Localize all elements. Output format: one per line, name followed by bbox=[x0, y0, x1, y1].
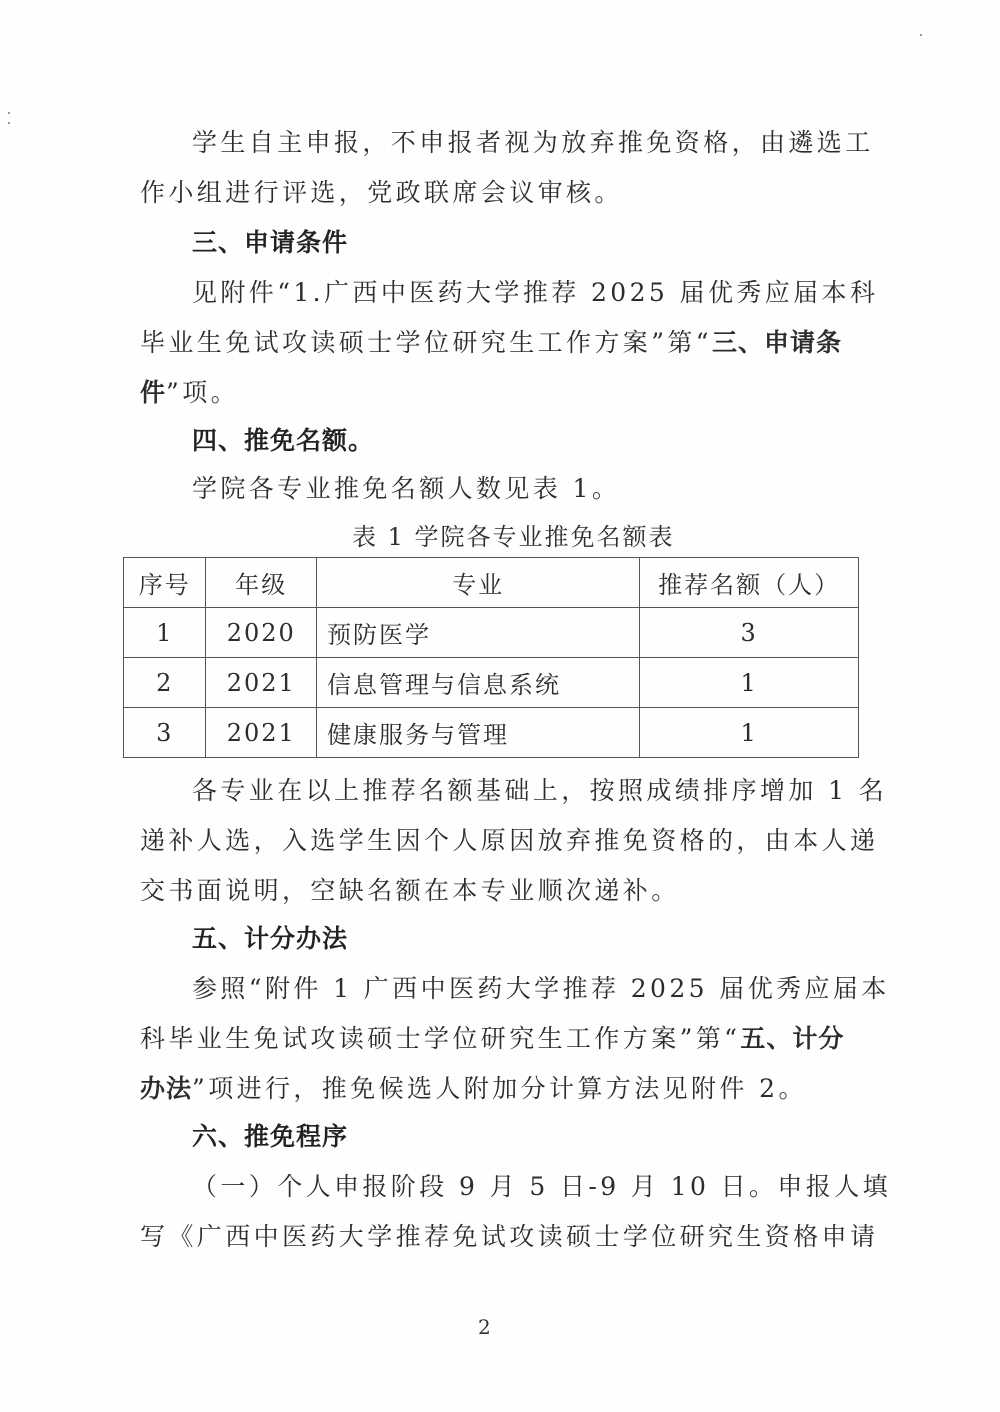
scan-speck bbox=[8, 112, 10, 114]
paragraph-line: 学院各专业推免名额人数见表 1。 bbox=[192, 472, 912, 506]
paragraph-line: 写《广西中医药大学推荐免试攻读硕士学位研究生资格申请 bbox=[140, 1220, 860, 1254]
table-cell: 3 bbox=[640, 608, 859, 658]
section-heading-5: 五、计分办法 bbox=[192, 922, 912, 956]
section-heading-3: 三、申请条件 bbox=[192, 226, 912, 260]
paragraph-line: 学生自主申报，不申报者视为放弃推免资格，由遴选工 bbox=[192, 126, 912, 160]
table-cell: 1 bbox=[640, 708, 859, 758]
paragraph-line: （一）个人申报阶段 9 月 5 日-9 月 10 日。申报人填 bbox=[192, 1170, 912, 1204]
table-row: 3 2021 健康服务与管理 1 bbox=[124, 708, 859, 758]
bold-text-run: 三、申请条 bbox=[712, 328, 842, 357]
table-cell: 2020 bbox=[206, 608, 317, 658]
paragraph-line: 交书面说明，空缺名额在本专业顺次递补。 bbox=[140, 874, 860, 908]
paragraph-line: 办法”项进行，推免候选人附加分计算方法见附件 2。 bbox=[140, 1072, 860, 1106]
bold-text-run: 办法 bbox=[140, 1074, 192, 1103]
table-cell: 预防医学 bbox=[317, 608, 640, 658]
table-cell: 信息管理与信息系统 bbox=[317, 658, 640, 708]
paragraph-line: 各专业在以上推荐名额基础上，按照成绩排序增加 1 名 bbox=[192, 774, 912, 808]
paragraph-line: 科毕业生免试攻读硕士学位研究生工作方案”第“五、计分 bbox=[140, 1022, 860, 1056]
paragraph-line: 参照“附件 1 广西中医药大学推荐 2025 届优秀应届本 bbox=[192, 972, 912, 1006]
header-cell: 年级 bbox=[206, 558, 317, 608]
header-cell: 序号 bbox=[124, 558, 206, 608]
table-cell: 1 bbox=[640, 658, 859, 708]
quota-table: 序号 年级 专业 推荐名额（人） 1 2020 预防医学 3 2 2021 信息… bbox=[123, 557, 859, 758]
text-run: 科毕业生免试攻读硕士学位研究生工作方案”第“ bbox=[140, 1024, 740, 1053]
table-cell: 2 bbox=[124, 658, 206, 708]
paragraph-line: 毕业生免试攻读硕士学位研究生工作方案”第“三、申请条 bbox=[140, 326, 860, 360]
document-page: 学生自主申报，不申报者视为放弃推免资格，由遴选工 作小组进行评选，党政联席会议审… bbox=[0, 0, 1000, 1412]
table-cell: 2021 bbox=[206, 708, 317, 758]
scan-speck bbox=[8, 122, 10, 124]
table-cell: 2021 bbox=[206, 658, 317, 708]
header-cell: 推荐名额（人） bbox=[640, 558, 859, 608]
text-run: ”项进行，推免候选人附加分计算方法见附件 2。 bbox=[192, 1074, 807, 1103]
table-row: 2 2021 信息管理与信息系统 1 bbox=[124, 658, 859, 708]
paragraph-line: 递补人选，入选学生因个人原因放弃推免资格的，由本人递 bbox=[140, 824, 860, 858]
bold-text-run: 五、计分 bbox=[740, 1024, 844, 1053]
page-number: 2 bbox=[478, 1315, 491, 1339]
table-caption: 表 1 学院各专业推免名额表 bbox=[352, 520, 675, 554]
paragraph-line: 件”项。 bbox=[140, 376, 860, 410]
table-cell: 健康服务与管理 bbox=[317, 708, 640, 758]
header-cell: 专业 bbox=[317, 558, 640, 608]
section-heading-4: 四、推免名额。 bbox=[192, 424, 912, 458]
bold-text-run: 件 bbox=[140, 378, 166, 407]
paragraph-line: 作小组进行评选，党政联席会议审核。 bbox=[140, 176, 860, 210]
paragraph-line: 见附件“1.广西中医药大学推荐 2025 届优秀应届本科 bbox=[192, 276, 912, 310]
text-run: 毕业生免试攻读硕士学位研究生工作方案”第“ bbox=[140, 328, 712, 357]
section-heading-6: 六、推免程序 bbox=[192, 1120, 912, 1154]
table-cell: 3 bbox=[124, 708, 206, 758]
table-cell: 1 bbox=[124, 608, 206, 658]
table-header-row: 序号 年级 专业 推荐名额（人） bbox=[124, 558, 859, 608]
table-row: 1 2020 预防医学 3 bbox=[124, 608, 859, 658]
scan-speck bbox=[920, 34, 922, 36]
text-run: ”项。 bbox=[166, 378, 239, 407]
